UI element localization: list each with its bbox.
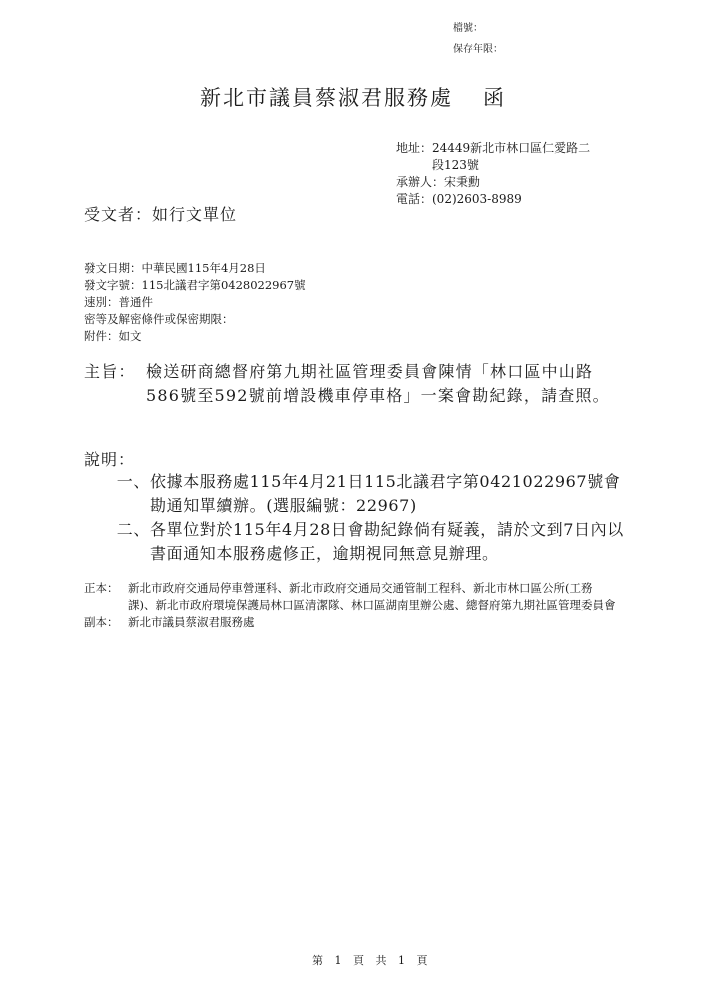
- explanation-label: 說明：: [84, 447, 135, 470]
- subject-text: 檢送研商總督府第九期社區管理委員會陳情「林口區中山路586號至592號前增設機車…: [146, 360, 621, 408]
- address-line-1: 地址：24449新北市林口區仁愛路二: [396, 140, 590, 157]
- copy-recipients: 新北市議員蔡淑君服務處: [128, 614, 618, 631]
- document-type: 函: [483, 86, 506, 110]
- subject-label: 主旨：: [84, 360, 146, 408]
- subject-section: 主旨： 檢送研商總督府第九期社區管理委員會陳情「林口區中山路586號至592號前…: [84, 360, 621, 408]
- distribution-section: 正本： 新北市政府交通局停車營運科、新北市政府交通局交通管制工程科、新北市林口區…: [84, 580, 618, 631]
- recipient: 受文者：如行文單位: [84, 202, 237, 225]
- copy-recipients-label: 副本：: [84, 614, 128, 631]
- item-number: 二、: [84, 518, 150, 566]
- item-text: 依據本服務處115年4月21日115北議君字第0421022967號會勘通知單續…: [150, 470, 630, 518]
- phone: 電話：(02)2603-8989: [396, 191, 590, 208]
- delivery-speed: 速別：普通件: [84, 294, 306, 311]
- document-number: 發文字號：115北議君字第0428022967號: [84, 277, 306, 294]
- item-text: 各單位對於115年4月28日會勘紀錄倘有疑義，請於文到7日內以書面通知本服務處修…: [150, 518, 630, 566]
- file-number-label: 檔號：: [453, 19, 483, 34]
- address-line-2: 段123號: [396, 157, 590, 174]
- confidentiality: 密等及解密條件或保密期限：: [84, 311, 306, 328]
- explanation-item: 二、 各單位對於115年4月28日會勘紀錄倘有疑義，請於文到7日內以書面通知本服…: [84, 518, 630, 566]
- item-number: 一、: [84, 470, 150, 518]
- retention-period-label: 保存年限：: [453, 40, 503, 55]
- original-recipients-label: 正本：: [84, 580, 128, 614]
- document-title: 新北市議員蔡淑君服務處函: [200, 82, 506, 112]
- original-recipients: 新北市政府交通局停車營運科、新北市政府交通局交通管制工程科、新北市林口區公所(工…: [128, 580, 618, 614]
- issuer-name: 新北市議員蔡淑君服務處: [200, 86, 453, 110]
- explanation-item: 一、 依據本服務處115年4月21日115北議君字第0421022967號會勘通…: [84, 470, 630, 518]
- issue-date: 發文日期：中華民國115年4月28日: [84, 260, 306, 277]
- document-meta: 發文日期：中華民國115年4月28日 發文字號：115北議君字第04280229…: [84, 260, 306, 345]
- handler: 承辦人：宋秉勳: [396, 174, 590, 191]
- attachment: 附件：如文: [84, 328, 306, 345]
- contact-block: 地址：24449新北市林口區仁愛路二 段123號 承辦人：宋秉勳 電話：(02)…: [396, 140, 590, 208]
- page-number: 第 1 頁 共 1 頁: [312, 952, 431, 968]
